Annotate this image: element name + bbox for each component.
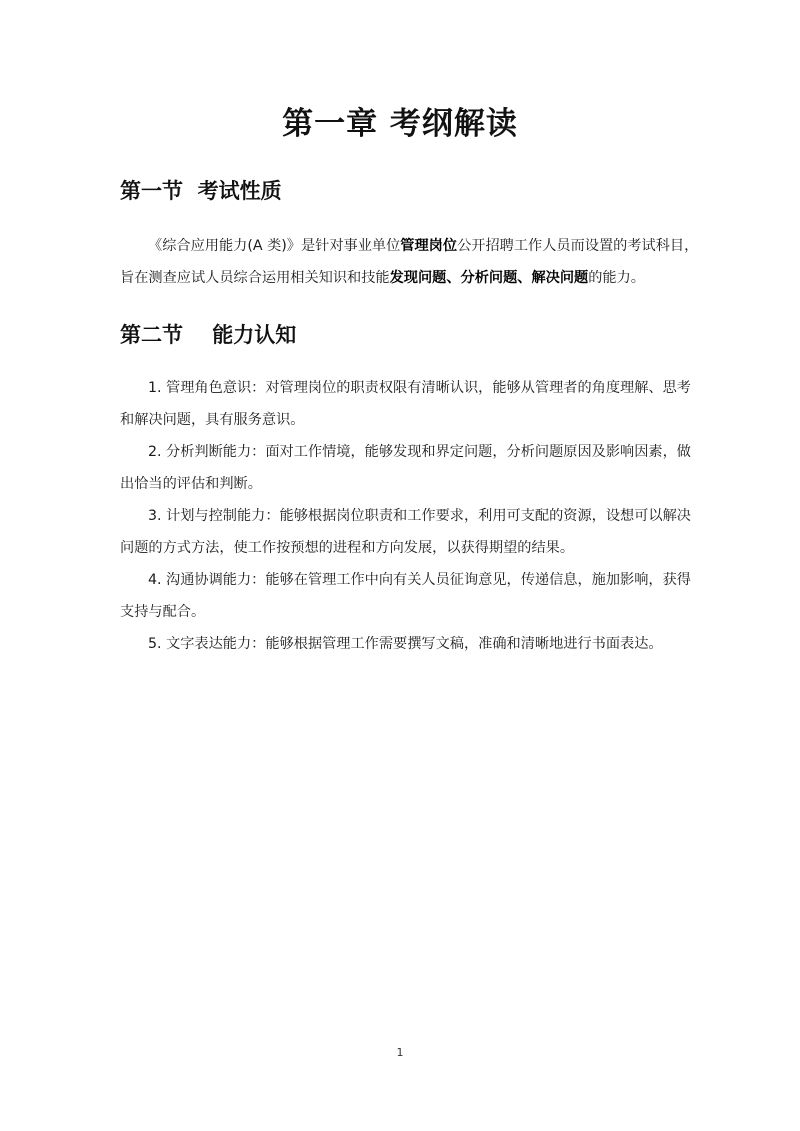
paragraph-line: 旨在测查应试人员综合运用相关知识和技能发现问题、分析问题、解决问题的能力。 — [120, 262, 680, 294]
ability-item-line: 5. 文字表达能力：能够根据管理工作需要撰写文稿，准确和清晰地进行书面表达。 — [120, 628, 680, 660]
ability-item-2: 2. 分析判断能力：面对工作情境，能够发现和界定问题，分析问题原因及影响因素，做… — [120, 436, 680, 500]
ability-item-line: 2. 分析判断能力：面对工作情境，能够发现和界定问题，分析问题原因及影响因素，做 — [120, 436, 680, 468]
ability-item-line: 和解决问题，具有服务意识。 — [120, 404, 680, 436]
ability-item-line: 3. 计划与控制能力：能够根据岗位职责和工作要求，利用可支配的资源，设想可以解决 — [120, 500, 680, 532]
ability-item-1: 1. 管理角色意识：对管理岗位的职责权限有清晰认识，能够从管理者的角度理解、思考… — [120, 372, 680, 436]
paragraph-line: 《综合应用能力(A 类)》是针对事业单位管理岗位公开招聘工作人员而设置的考试科目… — [120, 230, 680, 262]
bold-keyword-management-post: 管理岗位 — [400, 238, 457, 254]
ability-item-line: 出恰当的评估和判断。 — [120, 468, 680, 500]
ability-item-line: 1. 管理角色意识：对管理岗位的职责权限有清晰认识，能够从管理者的角度理解、思考 — [120, 372, 680, 404]
exam-nature-paragraph: 《综合应用能力(A 类)》是针对事业单位管理岗位公开招聘工作人员而设置的考试科目… — [120, 230, 680, 294]
page-number: 1 — [0, 1046, 800, 1059]
text-segment: 的能力。 — [588, 270, 645, 286]
text-segment: 《综合应用能力(A 类)》是针对事业单位 — [148, 238, 400, 254]
section-title-exam-nature: 第一节 考试性质 — [120, 176, 282, 206]
ability-list: 1. 管理角色意识：对管理岗位的职责权限有清晰认识，能够从管理者的角度理解、思考… — [120, 372, 680, 660]
ability-item-line: 问题的方式方法，使工作按预想的进程和方向发展，以获得期望的结果。 — [120, 532, 680, 564]
section-title-ability-cognition: 第二节 能力认知 — [120, 320, 296, 350]
ability-item-line: 支持与配合。 — [120, 596, 680, 628]
ability-item-4: 4. 沟通协调能力：能够在管理工作中向有关人员征询意见，传递信息，施加影响，获得… — [120, 564, 680, 628]
text-segment: 公开招聘工作人员而设置的考试科目， — [457, 238, 698, 254]
bold-keyword-problem-solving: 发现问题、分析问题、解决问题 — [390, 270, 589, 286]
chapter-title: 第一章 考纲解读 — [0, 100, 800, 148]
document-page: 第一章 考纲解读 第一节 考试性质 《综合应用能力(A 类)》是针对事业单位管理… — [0, 0, 800, 1131]
ability-item-3: 3. 计划与控制能力：能够根据岗位职责和工作要求，利用可支配的资源，设想可以解决… — [120, 500, 680, 564]
ability-item-line: 4. 沟通协调能力：能够在管理工作中向有关人员征询意见，传递信息，施加影响，获得 — [120, 564, 680, 596]
text-segment: 旨在测查应试人员综合运用相关知识和技能 — [120, 270, 390, 286]
ability-item-5: 5. 文字表达能力：能够根据管理工作需要撰写文稿，准确和清晰地进行书面表达。 — [120, 628, 680, 660]
